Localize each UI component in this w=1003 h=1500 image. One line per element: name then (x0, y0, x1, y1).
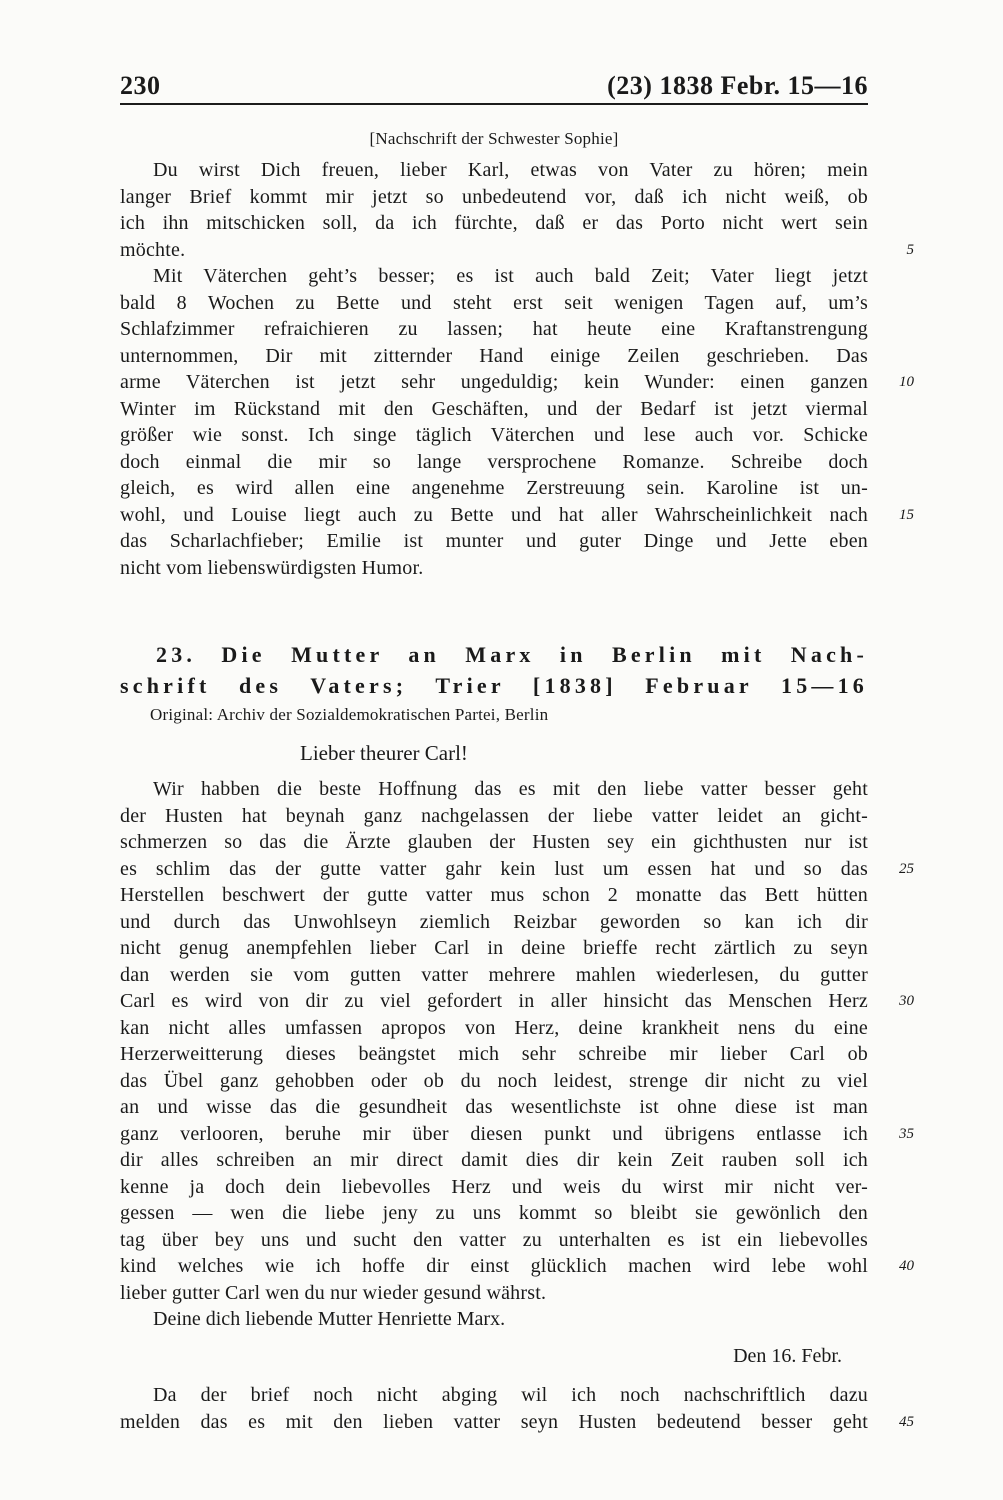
text-line-content: das Scharlachfieber; Emilie ist munter u… (120, 530, 868, 552)
text-line: Herstellen beschwert der gutte vatter mu… (120, 882, 868, 909)
text-line-content: nicht genug anempfehlen lieber Carl in d… (120, 937, 868, 959)
text-line-content: kan nicht alles umfassen apropos von Her… (120, 1017, 868, 1039)
text-line: arme Väterchen ist jetzt sehr ungeduldig… (120, 369, 868, 396)
text-line: das Übel ganz gehobben oder ob du noch l… (120, 1068, 868, 1095)
text-line: langer Brief kommt mir jetzt so unbedeut… (120, 184, 868, 211)
text-line: Wir habben die beste Hoffnung das es mit… (120, 776, 868, 803)
text-line: tag über bey uns und sucht den vatter zu… (120, 1227, 868, 1254)
text-line-content: Herzerweitterung dieses beängstet mich s… (120, 1043, 868, 1065)
letter-section: 23. Die Mutter an Marx in Berlin mit Nac… (120, 639, 868, 1435)
margin-line-number: 30 (899, 991, 914, 1011)
text-line: Winter im Rückstand mit den Geschäften, … (120, 396, 868, 423)
text-line-content: gessen — wen die liebe jeny zu uns kommt… (120, 1202, 868, 1224)
letter-heading: 23. Die Mutter an Marx in Berlin mit Nac… (120, 639, 868, 701)
text-line: es schlim das der gutte vatter gahr kein… (120, 856, 868, 883)
margin-line-number: 5 (907, 240, 915, 260)
paragraph: Da der brief noch nicht abging wil ich n… (120, 1382, 868, 1435)
book-page: 230 (23) 1838 Febr. 15—16 [Nachschrift d… (0, 0, 1003, 1500)
text-line: kind welches wie ich hoffe dir einst glü… (120, 1253, 868, 1280)
text-line: kan nicht alles umfassen apropos von Her… (120, 1015, 868, 1042)
text-line: Herzerweitterung dieses beängstet mich s… (120, 1041, 868, 1068)
nachschrift-section: [Nachschrift der Schwester Sophie] Du wi… (120, 129, 868, 581)
text-line: melden das es mit den lieben vatter seyn… (120, 1409, 868, 1436)
text-line-content: Herstellen beschwert der gutte vatter mu… (120, 884, 868, 906)
text-line-content: und durch das Unwohlseyn ziemlich Reizba… (120, 911, 868, 933)
text-line-content: Mit Väterchen geht’s besser; es ist auch… (153, 265, 868, 287)
text-line-content: der Husten hat beynah ganz nachgelassen … (120, 805, 868, 827)
text-line: doch einmal die mir so lange versprochen… (120, 449, 868, 476)
margin-line-number: 45 (899, 1412, 914, 1432)
text-line-content: Wir habben die beste Hoffnung das es mit… (153, 778, 868, 800)
text-line-content: unternommen, Dir mit zitternder Hand ein… (120, 345, 868, 367)
text-line-content: größer wie sonst. Ich singe täglich Väte… (120, 424, 868, 446)
text-line-content: doch einmal die mir so lange versprochen… (120, 451, 868, 473)
text-line: möchte.5 (120, 237, 868, 264)
text-line-content: dir alles schreiben an mir direct damit … (120, 1149, 868, 1171)
text-line-content: Winter im Rückstand mit den Geschäften, … (120, 398, 868, 420)
text-line: wohl, und Louise liegt auch zu Bette und… (120, 502, 868, 529)
text-line-content: bald 8 Wochen zu Bette und steht erst se… (120, 292, 868, 314)
text-line-content: wohl, und Louise liegt auch zu Bette und… (120, 504, 868, 526)
text-line: nicht genug anempfehlen lieber Carl in d… (120, 935, 868, 962)
text-line: Schlafzimmer refraichieren zu lassen; ha… (120, 316, 868, 343)
margin-line-number: 40 (899, 1256, 914, 1276)
text-line-content: arme Väterchen ist jetzt sehr ungeduldig… (120, 371, 868, 393)
margin-line-number: 25 (899, 859, 914, 879)
nachschrift-caption: [Nachschrift der Schwester Sophie] (120, 129, 868, 149)
text-line-content: es schlim das der gutte vatter gahr kein… (120, 858, 868, 880)
text-line: dan werden sie vom gutten vatter mehrere… (120, 962, 868, 989)
date-line: Den 16. Febr. (120, 1343, 868, 1370)
text-line: größer wie sonst. Ich singe täglich Väte… (120, 422, 868, 449)
source-note: Original: Archiv der Sozialdemokratische… (120, 705, 868, 725)
text-line-content: möchte. (120, 239, 185, 261)
text-line-content: ganz verlooren, beruhe mir über diesen p… (120, 1123, 868, 1145)
text-line: gleich, es wird allen eine angenehme Zer… (120, 475, 868, 502)
text-line: Du wirst Dich freuen, lieber Karl, etwas… (120, 157, 868, 184)
signature-line: Deine dich liebende Mutter Henriette Mar… (120, 1306, 868, 1333)
text-line-content: Schlafzimmer refraichieren zu lassen; ha… (120, 318, 868, 340)
text-line: kenne ja doch dein liebevolles Herz und … (120, 1174, 868, 1201)
text-line: ganz verlooren, beruhe mir über diesen p… (120, 1121, 868, 1148)
text-line: Mit Väterchen geht’s besser; es ist auch… (120, 263, 868, 290)
letter-heading-line-1: 23. Die Mutter an Marx in Berlin mit Nac… (120, 639, 868, 670)
text-line-content: kenne ja doch dein liebevolles Herz und … (120, 1176, 868, 1198)
text-line-content: tag über bey uns und sucht den vatter zu… (120, 1229, 868, 1251)
margin-line-number: 10 (899, 372, 914, 392)
text-line: dir alles schreiben an mir direct damit … (120, 1147, 868, 1174)
text-line: Carl es wird von dir zu viel gefordert i… (120, 988, 868, 1015)
text-line-content: gleich, es wird allen eine angenehme Zer… (120, 477, 868, 499)
text-line: und durch das Unwohlseyn ziemlich Reizba… (120, 909, 868, 936)
salutation: Lieber theurer Carl! (120, 741, 868, 766)
text-line: Da der brief noch nicht abging wil ich n… (120, 1382, 868, 1409)
text-line-content: Du wirst Dich freuen, lieber Karl, etwas… (153, 159, 868, 181)
text-line-content: ich ihn mitschicken soll, da ich fürchte… (120, 212, 868, 234)
text-line: schmerzen so das die Ärzte glauben der H… (120, 829, 868, 856)
text-line: unternommen, Dir mit zitternder Hand ein… (120, 343, 868, 370)
paragraph: Du wirst Dich freuen, lieber Karl, etwas… (120, 157, 868, 263)
text-line: gessen — wen die liebe jeny zu uns kommt… (120, 1200, 868, 1227)
text-line: der Husten hat beynah ganz nachgelassen … (120, 803, 868, 830)
text-line: nicht vom liebenswürdigsten Humor. (120, 555, 868, 582)
text-line-content: nicht vom liebenswürdigsten Humor. (120, 557, 423, 579)
paragraph: Wir habben die beste Hoffnung das es mit… (120, 776, 868, 1306)
text-line: ich ihn mitschicken soll, da ich fürchte… (120, 210, 868, 237)
running-title: (23) 1838 Febr. 15—16 (607, 72, 868, 100)
text-line-content: langer Brief kommt mir jetzt so unbedeut… (120, 186, 868, 208)
margin-line-number: 35 (899, 1124, 914, 1144)
text-line-content: das Übel ganz gehobben oder ob du noch l… (120, 1070, 868, 1092)
text-line: das Scharlachfieber; Emilie ist munter u… (120, 528, 868, 555)
text-line-content: dan werden sie vom gutten vatter mehrere… (120, 964, 868, 986)
text-line: an und wisse das die gesundheit das wese… (120, 1094, 868, 1121)
paragraph: Mit Väterchen geht’s besser; es ist auch… (120, 263, 868, 581)
margin-line-number: 15 (899, 505, 914, 525)
text-line-content: melden das es mit den lieben vatter seyn… (120, 1411, 868, 1433)
page-number: 230 (120, 72, 161, 100)
postscript: Da der brief noch nicht abging wil ich n… (120, 1382, 868, 1435)
letter-heading-line-2: schrift des Vaters; Trier [1838] Februar… (120, 670, 868, 701)
letter-body: Wir habben die beste Hoffnung das es mit… (120, 776, 868, 1306)
text-line-content: Da der brief noch nicht abging wil ich n… (153, 1384, 868, 1406)
text-line-content: an und wisse das die gesundheit das wese… (120, 1096, 868, 1118)
text-line: lieber gutter Carl wen du nur wieder ges… (120, 1280, 868, 1307)
text-line-content: schmerzen so das die Ärzte glauben der H… (120, 831, 868, 853)
text-line: bald 8 Wochen zu Bette und steht erst se… (120, 290, 868, 317)
text-line-content: lieber gutter Carl wen du nur wieder ges… (120, 1282, 546, 1304)
page-header: 230 (23) 1838 Febr. 15—16 (120, 72, 868, 105)
text-line-content: kind welches wie ich hoffe dir einst glü… (120, 1255, 868, 1277)
text-line-content: Carl es wird von dir zu viel gefordert i… (120, 990, 868, 1012)
